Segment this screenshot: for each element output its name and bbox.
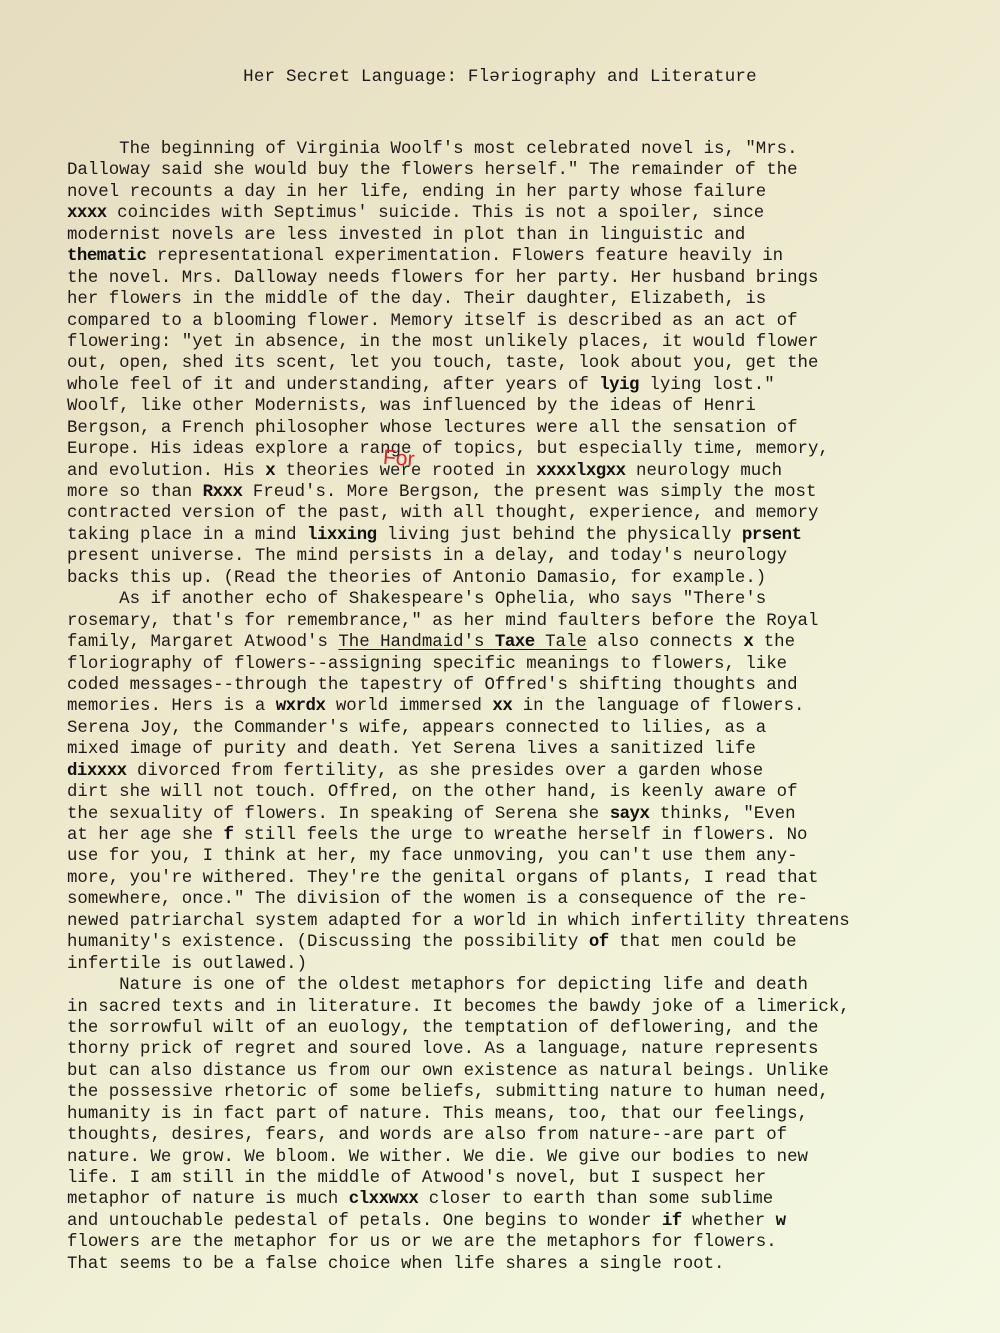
text-segment: her flowers in the middle of the day. Th… (67, 290, 766, 309)
struck-out-typo: prsent (742, 526, 802, 545)
text-line: thorny prick of regret and soured love. … (67, 1039, 967, 1060)
text-segment: also connects (587, 633, 744, 652)
struck-out-typo: w (776, 1212, 786, 1231)
text-line: thoughts, desires, fears, and words are … (67, 1125, 967, 1146)
text-segment: whole feel of it and understanding, afte… (67, 376, 599, 395)
text-segment: in the language of flowers. (512, 697, 804, 716)
text-segment: present universe. The mind persists in a… (67, 547, 787, 566)
struck-out-typo: if (662, 1212, 682, 1231)
text-line: newed patriarchal system adapted for a w… (67, 911, 967, 932)
struck-out-typo: xx (492, 697, 512, 716)
text-line: Woolf, like other Modernists, was influe… (67, 396, 967, 417)
typewritten-page: Her Secret Language: Fləriography and Li… (0, 0, 1000, 1333)
text-line: more so than Rxxx Freud's. More Bergson,… (67, 482, 967, 503)
text-segment: coded messages--through the tapestry of … (67, 676, 798, 695)
text-segment: taking place in a mind (67, 526, 307, 545)
struck-out-typo: clxxwxx (349, 1190, 419, 1209)
text-segment: lying lost." (639, 376, 775, 395)
text-segment: the sexuality of flowers. In speaking of… (67, 805, 610, 824)
text-segment: Freud's. More Bergson, the present was s… (242, 483, 816, 502)
text-line: Europe. His ideas explore a range of top… (67, 439, 967, 460)
text-line: compared to a blooming flower. Memory it… (67, 311, 967, 332)
text-line: humanity's existence. (Discussing the po… (67, 932, 967, 953)
text-segment: memories. Hers is a (67, 697, 276, 716)
text-segment: the novel. Mrs. Dalloway needs flowers f… (67, 269, 818, 288)
text-line: more, you're withered. They're the genit… (67, 868, 967, 889)
text-line: Dalloway said she would buy the flowers … (67, 160, 967, 181)
text-segment: neurology much (626, 462, 783, 481)
text-segment: backs this up. (Read the theories of Ant… (67, 569, 766, 588)
text-segment: Bergson, a French philosopher whose lect… (67, 419, 798, 438)
text-segment: newed patriarchal system adapted for a w… (67, 912, 850, 931)
text-line: Nature is one of the oldest metaphors fo… (67, 975, 967, 996)
text-segment: family, Margaret Atwood's (67, 633, 338, 652)
text-segment: mixed image of purity and death. Yet Ser… (67, 740, 756, 759)
struck-out-typo: wxrdx (276, 697, 326, 716)
struck-out-typo: of (589, 933, 609, 952)
text-segment: more, you're withered. They're the genit… (67, 869, 818, 888)
text-segment: floriography of flowers--assigning speci… (67, 655, 787, 674)
text-line: taking place in a mind lixxing living ju… (67, 525, 967, 546)
text-segment: thorny prick of regret and soured love. … (67, 1040, 818, 1059)
underlined-title: The Handmaid's (338, 633, 495, 652)
text-segment: dirt she will not touch. Offred, on the … (67, 783, 798, 802)
text-line: the sexuality of flowers. In speaking of… (67, 804, 967, 825)
text-segment: representational experimentation. Flower… (147, 247, 784, 266)
text-segment: nature. We grow. We bloom. We wither. We… (67, 1148, 808, 1167)
underlined-title: Tale (535, 633, 587, 652)
text-segment: in sacred texts and in literature. It be… (67, 998, 850, 1017)
text-segment: the (753, 633, 795, 652)
text-segment: divorced from fertility, as she presides… (127, 762, 764, 781)
text-segment: As if another echo of Shakespeare's Ophe… (67, 590, 766, 609)
text-segment: humanity is in fact part of nature. This… (67, 1105, 808, 1124)
text-segment: at her age she (67, 826, 224, 845)
struck-out-typo: thematic (67, 247, 147, 266)
handwritten-annotation: For (382, 446, 415, 472)
text-line: As if another echo of Shakespeare's Ophe… (67, 589, 967, 610)
struck-out-typo: xxxx (67, 204, 107, 223)
text-segment: the possessive rhetoric of some beliefs,… (67, 1083, 829, 1102)
text-segment: more so than (67, 483, 203, 502)
document-body: The beginning of Virginia Woolf's most c… (67, 139, 967, 1275)
text-line: the sorrowful wilt of an euology, the te… (67, 1018, 967, 1039)
text-line: floriography of flowers--assigning speci… (67, 654, 967, 675)
text-line: dixxxx divorced from fertility, as she p… (67, 761, 967, 782)
text-line: her flowers in the middle of the day. Th… (67, 289, 967, 310)
text-line: present universe. The mind persists in a… (67, 546, 967, 567)
text-segment: compared to a blooming flower. Memory it… (67, 312, 798, 331)
text-line: in sacred texts and in literature. It be… (67, 997, 967, 1018)
struck-out-typo: f (224, 826, 234, 845)
text-segment: Europe. His ideas explore a range of top… (67, 440, 829, 459)
text-segment: but can also distance us from our own ex… (67, 1062, 829, 1081)
text-segment: infertile is outlawed.) (67, 955, 307, 974)
text-segment: That seems to be a false choice when lif… (67, 1255, 724, 1274)
text-line: Bergson, a French philosopher whose lect… (67, 418, 967, 439)
text-segment: the sorrowful wilt of an euology, the te… (67, 1019, 818, 1038)
text-segment: flowering: "yet in absence, in the most … (67, 333, 818, 352)
text-line: modernist novels are less invested in pl… (67, 225, 967, 246)
text-line: but can also distance us from our own ex… (67, 1061, 967, 1082)
text-line: life. I am still in the middle of Atwood… (67, 1168, 967, 1189)
text-segment: living just behind the physically (377, 526, 742, 545)
struck-out-typo: lyig (599, 376, 639, 395)
text-segment: life. I am still in the middle of Atwood… (67, 1169, 766, 1188)
text-line: coded messages--through the tapestry of … (67, 675, 967, 696)
text-line: use for you, I think at her, my face unm… (67, 846, 967, 867)
text-segment: closer to earth than some sublime (418, 1190, 773, 1209)
text-segment: novel recounts a day in her life, ending… (67, 183, 766, 202)
text-line: the possessive rhetoric of some beliefs,… (67, 1082, 967, 1103)
text-segment: somewhere, once." The division of the wo… (67, 890, 808, 909)
text-line: nature. We grow. We bloom. We wither. We… (67, 1147, 967, 1168)
struck-out-typo: xxxxlxgxx (536, 462, 625, 481)
text-line: xxxx coincides with Septimus' suicide. T… (67, 203, 967, 224)
text-line: out, open, shed its scent, let you touch… (67, 353, 967, 374)
text-line: metaphor of nature is much clxxwxx close… (67, 1189, 967, 1210)
text-line: memories. Hers is a wxrdx world immersed… (67, 696, 967, 717)
struck-out-typo: lixxing (307, 526, 377, 545)
text-segment: world immersed (325, 697, 492, 716)
text-line: That seems to be a false choice when lif… (67, 1254, 967, 1275)
text-line: contracted version of the past, with all… (67, 503, 967, 524)
text-segment: modernist novels are less invested in pl… (67, 226, 745, 245)
text-segment: humanity's existence. (Discussing the po… (67, 933, 589, 952)
text-segment: whether (682, 1212, 776, 1231)
document-title: Her Secret Language: Fləriography and Li… (0, 67, 1000, 87)
text-line: mixed image of purity and death. Yet Ser… (67, 739, 967, 760)
text-line: at her age she f still feels the urge to… (67, 825, 967, 846)
text-line: rosemary, that's for remembrance," as he… (67, 611, 967, 632)
text-segment: Nature is one of the oldest metaphors fo… (67, 976, 808, 995)
text-line: family, Margaret Atwood's The Handmaid's… (67, 632, 967, 653)
struck-out-typo: dixxxx (67, 762, 127, 781)
text-segment: Serena Joy, the Commander's wife, appear… (67, 719, 766, 738)
struck-out-typo: Taxe (495, 633, 535, 652)
text-line: thematic representational experimentatio… (67, 246, 967, 267)
text-line: the novel. Mrs. Dalloway needs flowers f… (67, 268, 967, 289)
struck-out-typo: Rxxx (203, 483, 243, 502)
text-line: and untouchable pedestal of petals. One … (67, 1211, 967, 1232)
text-line: backs this up. (Read the theories of Ant… (67, 568, 967, 589)
text-line: humanity is in fact part of nature. This… (67, 1104, 967, 1125)
text-segment: rosemary, that's for remembrance," as he… (67, 612, 818, 631)
text-segment: and untouchable pedestal of petals. One … (67, 1212, 662, 1231)
text-line: flowers are the metaphor for us or we ar… (67, 1232, 967, 1253)
text-segment: thinks, "Even (649, 805, 795, 824)
text-segment: out, open, shed its scent, let you touch… (67, 354, 818, 373)
text-segment: coincides with Septimus' suicide. This i… (107, 204, 764, 223)
text-line: novel recounts a day in her life, ending… (67, 182, 967, 203)
text-line: and evolution. His x theories were roote… (67, 461, 967, 482)
text-segment: that men could be (609, 933, 797, 952)
text-line: somewhere, once." The division of the wo… (67, 889, 967, 910)
text-segment: Woolf, like other Modernists, was influe… (67, 397, 756, 416)
text-line: dirt she will not touch. Offred, on the … (67, 782, 967, 803)
text-segment: The beginning of Virginia Woolf's most c… (67, 140, 798, 159)
text-line: infertile is outlawed.) (67, 954, 967, 975)
struck-out-typo: x (265, 462, 275, 481)
text-line: Serena Joy, the Commander's wife, appear… (67, 718, 967, 739)
text-line: flowering: "yet in absence, in the most … (67, 332, 967, 353)
text-segment: contracted version of the past, with all… (67, 504, 818, 523)
text-segment: Dalloway said she would buy the flowers … (67, 161, 798, 180)
text-line: whole feel of it and understanding, afte… (67, 375, 967, 396)
text-segment: and evolution. His (67, 462, 265, 481)
text-segment: still feels the urge to wreathe herself … (233, 826, 807, 845)
text-segment: flowers are the metaphor for us or we ar… (67, 1233, 777, 1252)
text-segment: metaphor of nature is much (67, 1190, 349, 1209)
struck-out-typo: x (743, 633, 753, 652)
struck-out-typo: sayx (610, 805, 650, 824)
text-segment: use for you, I think at her, my face unm… (67, 847, 798, 866)
text-line: The beginning of Virginia Woolf's most c… (67, 139, 967, 160)
text-segment: thoughts, desires, fears, and words are … (67, 1126, 787, 1145)
